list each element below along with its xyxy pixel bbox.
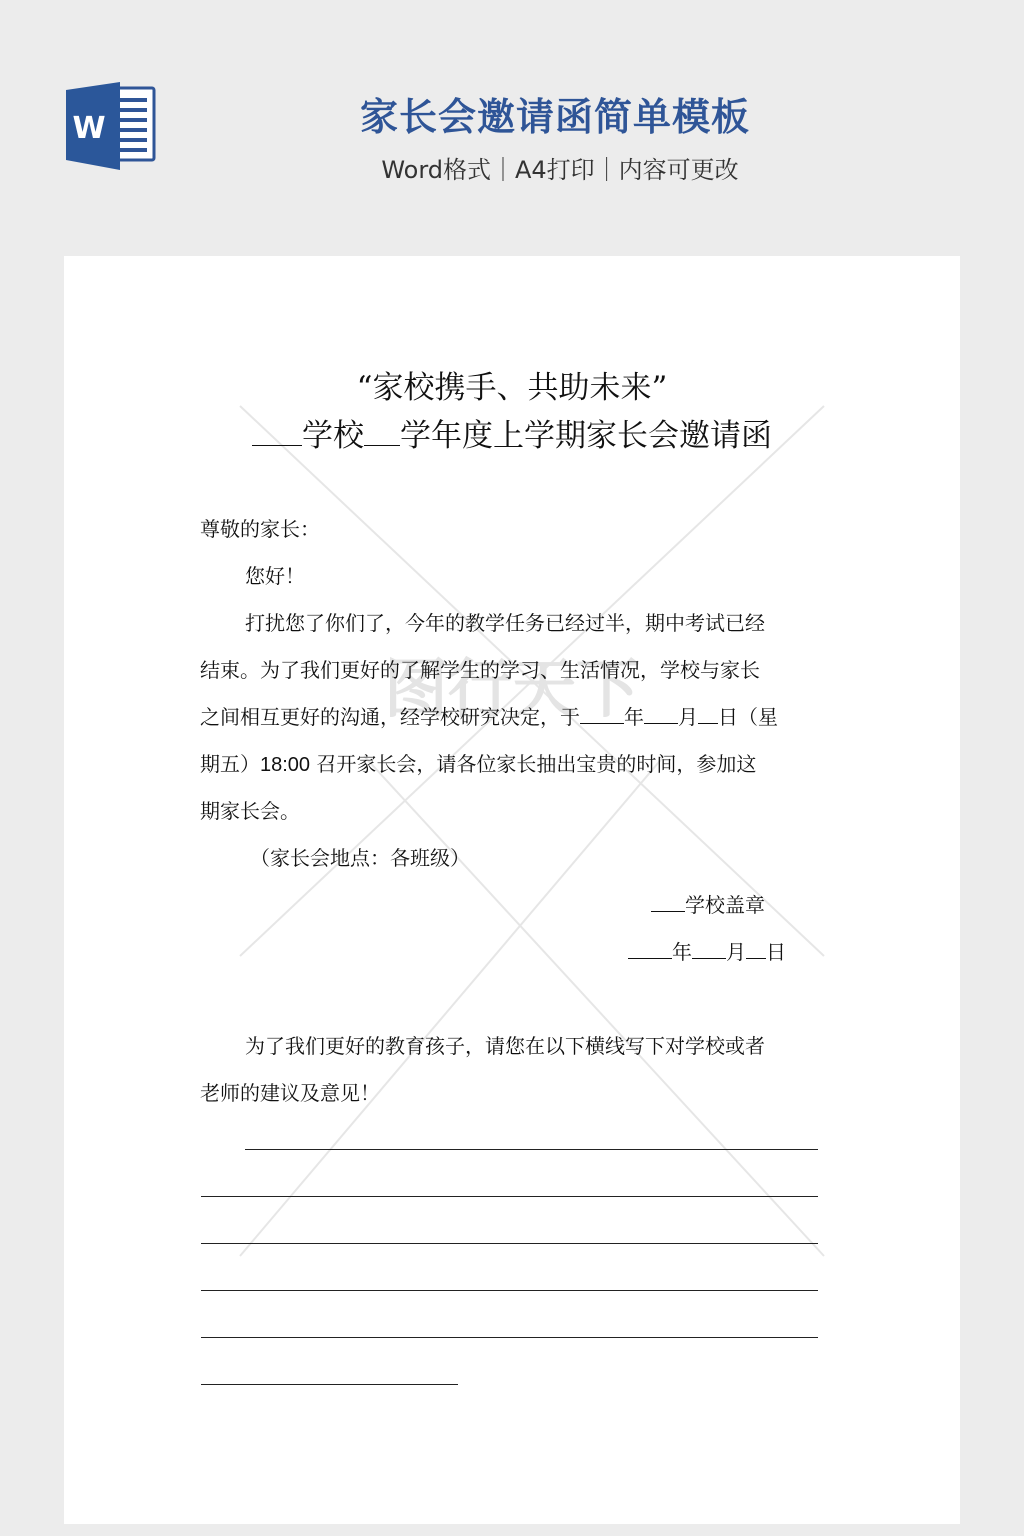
feedback-answer-line-6[interactable] — [201, 1384, 458, 1385]
signature-date: 年月日 — [628, 937, 848, 967]
svg-text:W: W — [72, 111, 105, 146]
meeting-location: （家长会地点：各班级） — [250, 843, 880, 873]
feedback-answer-line-4[interactable] — [201, 1290, 818, 1291]
body-line-1: 打扰您了你们了，今年的教学任务已经过半，期中考试已经 — [245, 608, 875, 638]
feedback-prompt-line-2: 老师的建议及意见！ — [200, 1078, 830, 1108]
greeting: 您好！ — [245, 561, 875, 591]
doc-title-slogan: “家校携手、共助未来” — [64, 364, 960, 412]
salutation: 尊敬的家长： — [200, 514, 830, 544]
feedback-prompt-line-1: 为了我们更好的教育孩子，请您在以下横线写下对学校或者 — [245, 1031, 875, 1061]
sign-day-blank[interactable] — [746, 938, 766, 959]
sign-year-blank[interactable] — [628, 938, 672, 959]
feedback-answer-line-2[interactable] — [201, 1196, 818, 1197]
page-subtitle: Word格式｜A4打印｜内容可更改 — [300, 152, 820, 188]
feedback-answer-line-5[interactable] — [201, 1337, 818, 1338]
feedback-answer-line-3[interactable] — [201, 1243, 818, 1244]
school-name-blank[interactable] — [252, 425, 302, 446]
page-title: 家长会邀请函简单模板 — [300, 92, 810, 142]
document-page: 图行天下 “家校携手、共助未来” 学校学年度上学期家长会邀请函 尊敬的家长： 您… — [64, 256, 960, 1524]
seal-school-blank[interactable] — [651, 891, 685, 912]
meeting-year-blank[interactable] — [580, 703, 624, 724]
body-line-4: 期五）18:00 召开家长会，请各位家长抽出宝贵的时间，参加这 — [200, 749, 830, 780]
meeting-time: 18:00 — [260, 754, 310, 776]
doc-title-main: 学校学年度上学期家长会邀请函 — [64, 412, 960, 460]
meeting-day-blank[interactable] — [698, 703, 718, 724]
word-document-icon: W — [64, 80, 158, 170]
meeting-month-blank[interactable] — [644, 703, 678, 724]
school-seal: 学校盖章 — [651, 890, 851, 920]
body-line-3: 之间相互更好的沟通，经学校研究决定，于年月日（星 — [200, 702, 830, 732]
school-year-blank[interactable] — [364, 425, 400, 446]
body-line-5: 期家长会。 — [200, 796, 830, 826]
sign-month-blank[interactable] — [692, 938, 726, 959]
body-line-2: 结束。为了我们更好的了解学生的学习、生活情况，学校与家长 — [200, 655, 830, 685]
feedback-answer-line-1[interactable] — [245, 1149, 818, 1150]
